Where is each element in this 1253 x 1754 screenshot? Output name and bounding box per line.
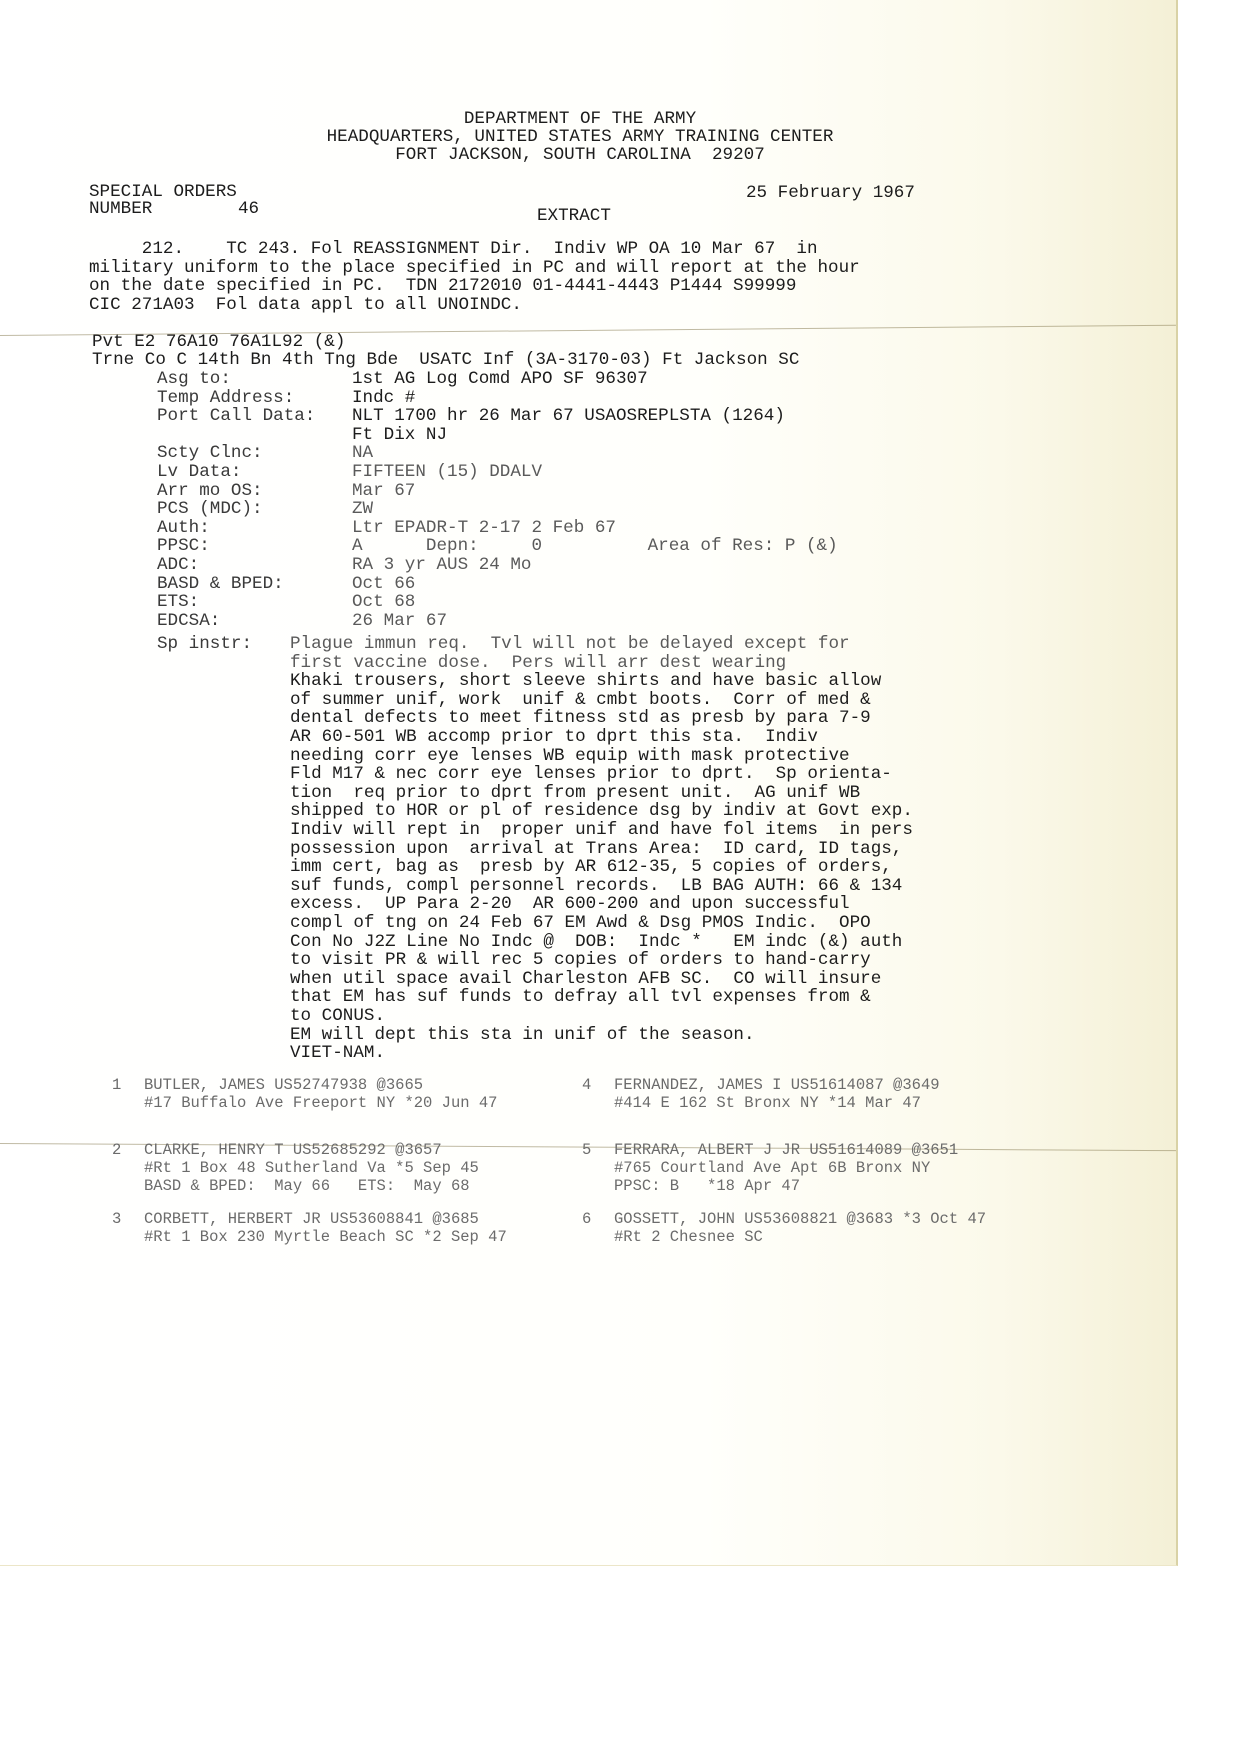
header-headquarters: HEADQUARTERS, UNITED STATES ARMY TRAININ… xyxy=(0,128,1160,147)
instruction-line: needing corr eye lenses WB equip with ma… xyxy=(290,747,850,766)
field-value: 1st AG Log Comd APO SF 96307 xyxy=(352,370,648,389)
instruction-line: to CONUS. xyxy=(290,1007,385,1026)
field-label: PCS (MDC): xyxy=(157,500,263,519)
field-value: FIFTEEN (15) DDALV xyxy=(352,463,542,482)
orders-date: 25 February 1967 xyxy=(746,184,915,203)
paragraph-line: 212. TC 243. Fol REASSIGNMENT Dir. Indiv… xyxy=(89,240,818,259)
field-label: Auth: xyxy=(157,519,210,538)
field-value: NA xyxy=(352,444,373,463)
roster-line: #765 Courtland Ave Apt 6B Bronx NY xyxy=(614,1160,930,1177)
header-location: FORT JACKSON, SOUTH CAROLINA 29207 xyxy=(0,146,1160,165)
field-value: Ltr EPADR-T 2-17 2 Feb 67 xyxy=(352,519,616,538)
roster-number: 1 xyxy=(112,1077,121,1094)
special-instructions-label: Sp instr: xyxy=(157,635,252,654)
instruction-line: first vaccine dose. Pers will arr dest w… xyxy=(290,654,786,673)
field-label: BASD & BPED: xyxy=(157,575,284,594)
roster-line: GOSSETT, JOHN US53608821 @3683 *3 Oct 47 xyxy=(614,1211,986,1228)
roster-line: PPSC: B *18 Apr 47 xyxy=(614,1178,800,1195)
roster-line: CORBETT, HERBERT JR US53608841 @3685 xyxy=(144,1211,479,1228)
field-value: ZW xyxy=(352,500,373,519)
paragraph-line: on the date specified in PC. TDN 2172010… xyxy=(89,277,796,296)
field-label: Arr mo OS: xyxy=(157,482,263,501)
roster-number: 4 xyxy=(582,1077,591,1094)
field-value: A Depn: 0 Area of Res: P (&) xyxy=(352,537,838,556)
field-label: ETS: xyxy=(157,593,199,612)
field-label: Temp Address: xyxy=(157,389,294,408)
roster-line: #414 E 162 St Bronx NY *14 Mar 47 xyxy=(614,1095,921,1112)
roster-number: 6 xyxy=(582,1211,591,1228)
field-label: PPSC: xyxy=(157,537,210,556)
field-label: ADC: xyxy=(157,556,199,575)
field-value: Ft Dix NJ xyxy=(352,426,447,445)
instruction-line: dental defects to meet fitness std as pr… xyxy=(290,709,871,728)
instruction-line: compl of tng on 24 Feb 67 EM Awd & Dsg P… xyxy=(290,914,871,933)
instruction-line: that EM has suf funds to defray all tvl … xyxy=(290,988,871,1007)
roster-line: CLARKE, HENRY T US52685292 @3657 xyxy=(144,1142,442,1159)
field-value: 26 Mar 67 xyxy=(352,612,447,631)
orders-number: 46 xyxy=(238,200,259,219)
roster-line: BASD & BPED: May 66 ETS: May 68 xyxy=(144,1178,470,1195)
field-label: Port Call Data: xyxy=(157,407,315,426)
extract-label: EXTRACT xyxy=(537,207,611,226)
instruction-line: suf funds, compl personnel records. LB B… xyxy=(290,877,902,896)
instruction-line: Khaki trousers, short sleeve shirts and … xyxy=(290,672,881,691)
paragraph-line: military uniform to the place specified … xyxy=(89,259,860,278)
field-label: Scty Clnc: xyxy=(157,444,263,463)
header-department: DEPARTMENT OF THE ARMY xyxy=(0,110,1160,129)
orders-number-label: NUMBER xyxy=(89,200,152,219)
field-value: Oct 66 xyxy=(352,575,415,594)
instruction-line: when util space avail Charleston AFB SC.… xyxy=(290,970,881,989)
instruction-line: to visit PR & will rec 5 copies of order… xyxy=(290,951,871,970)
field-label: Asg to: xyxy=(157,370,231,389)
instruction-line: EM will dept this sta in unif of the sea… xyxy=(290,1026,755,1045)
instruction-line: shipped to HOR or pl of residence dsg by… xyxy=(290,802,913,821)
unit-line: Trne Co C 14th Bn 4th Tng Bde USATC Inf … xyxy=(92,351,799,370)
instruction-line: Indiv will rept in proper unif and have … xyxy=(290,821,913,840)
field-value: RA 3 yr AUS 24 Mo xyxy=(352,556,532,575)
roster-line: FERRARA, ALBERT J JR US51614089 @3651 xyxy=(614,1142,958,1159)
roster-number: 2 xyxy=(112,1142,121,1159)
field-label: EDCSA: xyxy=(157,612,220,631)
roster-line: #17 Buffalo Ave Freeport NY *20 Jun 47 xyxy=(144,1095,497,1112)
instruction-line: Fld M17 & nec corr eye lenses prior to d… xyxy=(290,765,892,784)
field-value: Mar 67 xyxy=(352,482,415,501)
field-label: Lv Data: xyxy=(157,463,241,482)
instruction-line: AR 60-501 WB accomp prior to dprt this s… xyxy=(290,728,818,747)
roster-line: FERNANDEZ, JAMES I US51614087 @3649 xyxy=(614,1077,940,1094)
instruction-line: Con No J2Z Line No Indc @ DOB: Indc * EM… xyxy=(290,933,902,952)
instruction-line: Plague immun req. Tvl will not be delaye… xyxy=(290,635,850,654)
instruction-line: tion req prior to dprt from present unit… xyxy=(290,784,860,803)
instruction-line: of summer unif, work unif & cmbt boots. … xyxy=(290,691,871,710)
field-value: NLT 1700 hr 26 Mar 67 USAOSREPLSTA (1264… xyxy=(352,407,785,426)
roster-line: #Rt 2 Chesnee SC xyxy=(614,1229,763,1246)
grade-mos-line: Pvt E2 76A10 76A1L92 (&) xyxy=(92,333,345,352)
roster-line: #Rt 1 Box 230 Myrtle Beach SC *2 Sep 47 xyxy=(144,1229,507,1246)
roster-number: 5 xyxy=(582,1142,591,1159)
field-value: Indc # xyxy=(352,389,415,408)
roster-line: BUTLER, JAMES US52747938 @3665 xyxy=(144,1077,423,1094)
paragraph-line: CIC 271A03 Fol data appl to all UNOINDC. xyxy=(89,296,522,315)
roster-line: #Rt 1 Box 48 Sutherland Va *5 Sep 45 xyxy=(144,1160,479,1177)
instruction-line: imm cert, bag as presb by AR 612-35, 5 c… xyxy=(290,858,892,877)
instruction-line: VIET-NAM. xyxy=(290,1044,385,1063)
instruction-line: excess. UP Para 2-20 AR 600-200 and upon… xyxy=(290,895,850,914)
instruction-line: possession upon arrival at Trans Area: I… xyxy=(290,840,902,859)
roster-number: 3 xyxy=(112,1211,121,1228)
field-value: Oct 68 xyxy=(352,593,415,612)
